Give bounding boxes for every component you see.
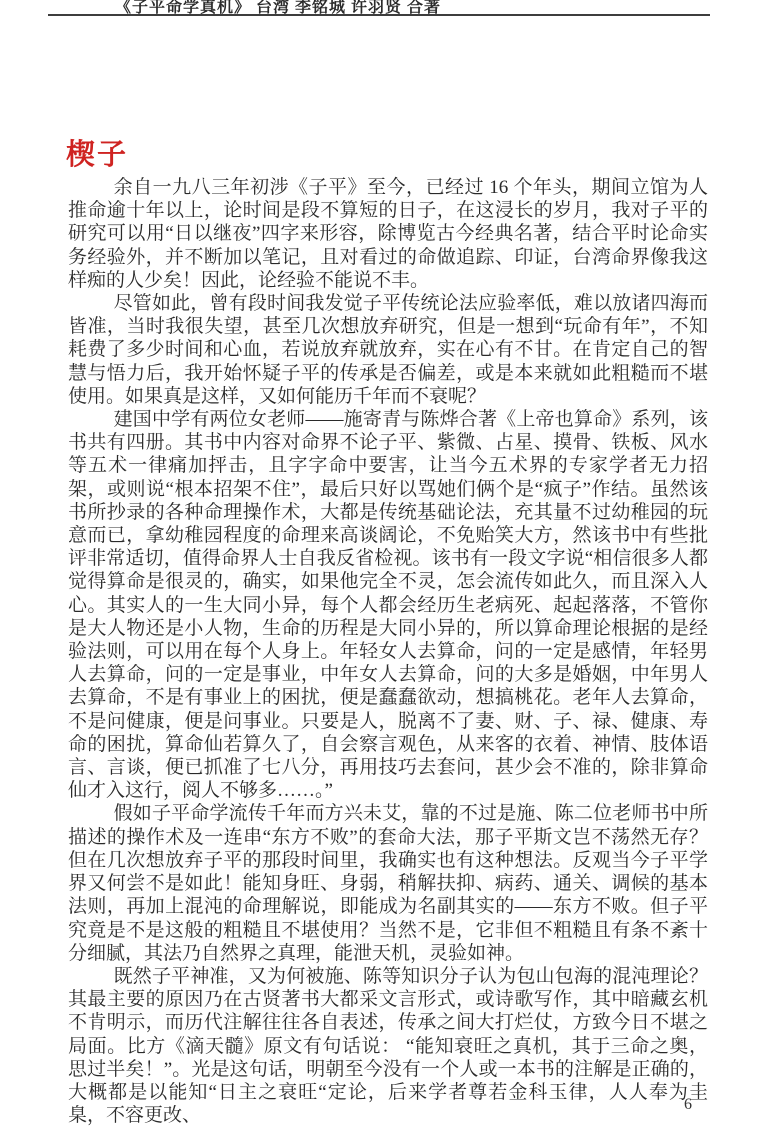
body-paragraph: 假如子平命学流传千年而方兴未艾，靠的不过是施、陈二位老师书中所描述的操作术及一连… [68, 802, 708, 964]
page-number: 6 [684, 1096, 692, 1114]
body-paragraph: 尽管如此，曾有段时间我发觉子平传统论法应验率低，难以放诸四海而皆准，当时我很失望… [68, 292, 708, 408]
header-rule [48, 14, 710, 16]
body-paragraph: 建国中学有两位女老师——施寄青与陈烨合著《上帝也算命》系列，该书共有四册。其书中… [68, 408, 708, 802]
body-text: 余自一九八三年初涉《子平》至今，已经过 16 个年头，期间立馆为人推命逾十年以上… [68, 176, 708, 1126]
body-paragraph: 余自一九八三年初涉《子平》至今，已经过 16 个年头，期间立馆为人推命逾十年以上… [68, 176, 708, 292]
chapter-title: 楔子 [66, 132, 128, 173]
body-paragraph: 既然子平神准，又为何被施、陈等知识分子认为包山包海的混沌理论？其最主要的原因乃在… [68, 965, 708, 1126]
book-page: 《子平命学真机》 台湾 李铭城 许羽贤 合著 楔子 余自一九八三年初涉《子平》至… [0, 0, 770, 1126]
